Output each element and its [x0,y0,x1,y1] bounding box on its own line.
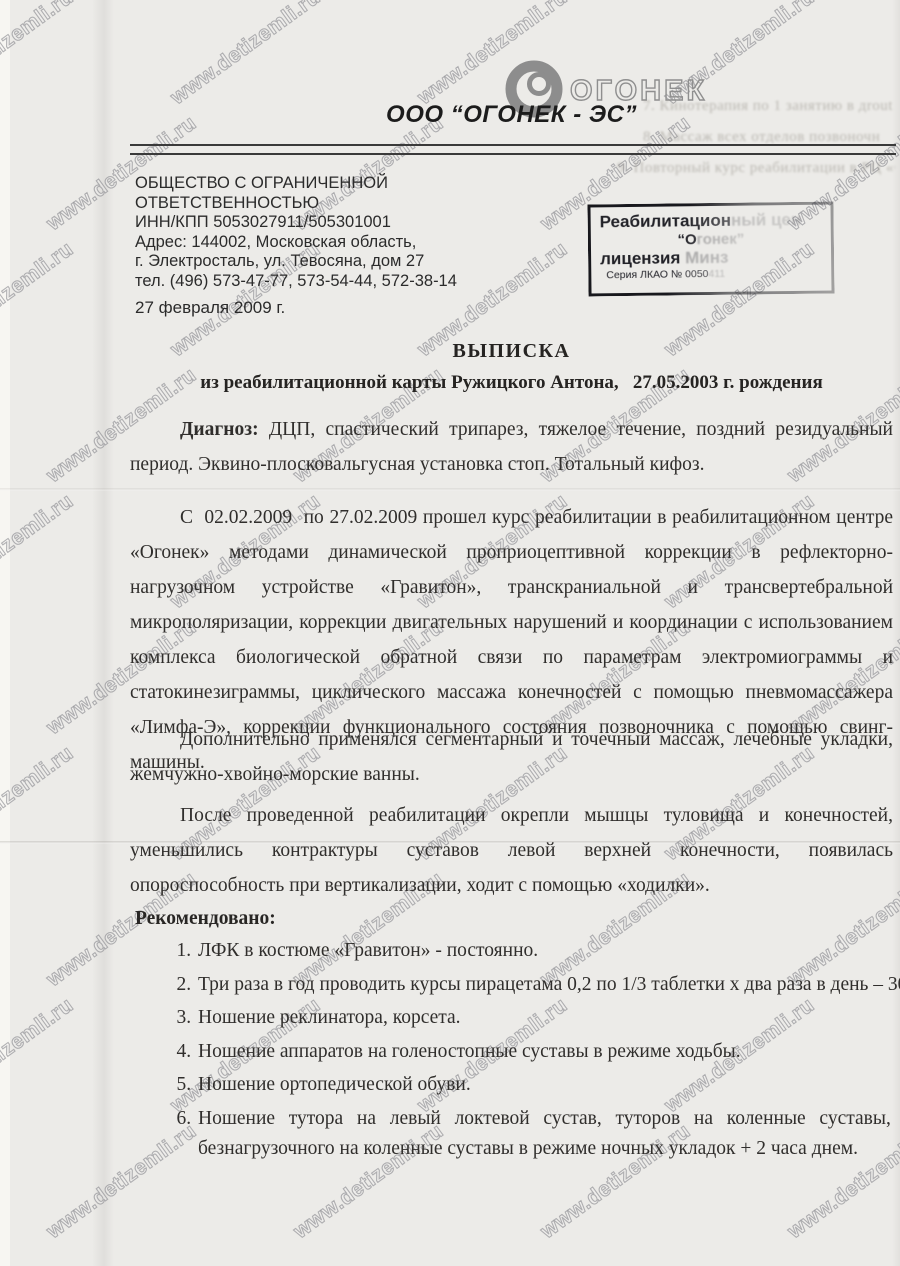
recommendation-item: Ношение ортопедической обуви. [196,1070,900,1101]
company-info-line: г. Электросталь, ул. Тевосяна, дом 27 [135,252,535,272]
issue-date: 27 февраля 2009 г. [135,298,285,318]
bleedthrough-line: 8. Массаж всех отделов позвоночн [643,129,893,146]
recommendations-list: ЛФК в костюме «Гравитон» - постоянно.Три… [130,936,900,1168]
recommendation-item: Ношение тутора на левый локтевой сустав,… [196,1104,900,1165]
recommendation-item: Ношение аппаратов на голеностопные суста… [196,1037,900,1068]
document-subtitle: из реабилитационной карты Ружицкого Анто… [130,372,893,394]
recommendation-item: Ношение реклинатора, корсета. [196,1003,900,1034]
crease-line [0,488,900,491]
recommendation-item: ЛФК в костюме «Гравитон» - постоянно. [196,936,900,967]
rehab-center-stamp: Реабилитационный цен “Огонек” лицензия М… [587,202,834,297]
company-info-line: ОТВЕТСТВЕННОСТЬЮ [135,194,535,214]
svg-text:www.detizemli.ru: www.detizemli.ru [166,0,325,110]
additional-paragraph: Дополнительно применялся сегментарный и … [130,722,893,792]
svg-text:www.detizemli.ru: www.detizemli.ru [0,489,78,613]
paper-edge [0,0,10,1266]
company-info-line: тел. (496) 573-47-77, 573-54-44, 572-38-… [135,272,535,292]
stamp-line: Серия ЛКАО № 0050411 [600,267,822,283]
company-info-line: ОБЩЕСТВО С ОГРАНИЧЕННОЙ [135,174,535,194]
bleedthrough-line: 7. Кинотерапия по 1 занятию в дroutines [643,98,893,115]
svg-text:www.detizemli.ru: www.detizemli.ru [0,741,78,865]
recommendation-item: Три раза в год проводить курсы пирацетам… [196,970,900,1001]
stamp-line: Реабилитационный цен [600,210,822,233]
stamp-line: лицензия Минз [600,247,822,270]
result-paragraph: После проведенной реабилитации окрепли м… [130,798,893,903]
scanned-document-page: { "watermark": { "text": "www.detizemli.… [0,0,900,1266]
company-info-line: Адрес: 144002, Московская область, [135,233,535,253]
svg-text:www.detizemli.ru: www.detizemli.ru [0,237,78,361]
diagnosis-paragraph: Диагноз: ДЦП, спастический трипарез, тяж… [130,412,893,482]
diagnosis-label: Диагноз: [180,419,259,440]
svg-text:www.detizemli.ru: www.detizemli.ru [0,0,78,110]
company-info-block: ОБЩЕСТВО С ОГРАНИЧЕННОЙОТВЕТСТВЕННОСТЬЮИ… [135,174,535,291]
document-title: ВЫПИСКА [130,340,893,363]
bleedthrough-line: 9. Повторный курс реабилитации в РЦ «Ого… [617,160,895,177]
svg-text:www.detizemli.ru: www.detizemli.ru [0,993,78,1117]
vertical-fold-shadow [92,0,114,1266]
recommendations-heading: Рекомендовано: [135,908,276,930]
company-info-line: ИНН/КПП 5053027911/505301001 [135,213,535,233]
